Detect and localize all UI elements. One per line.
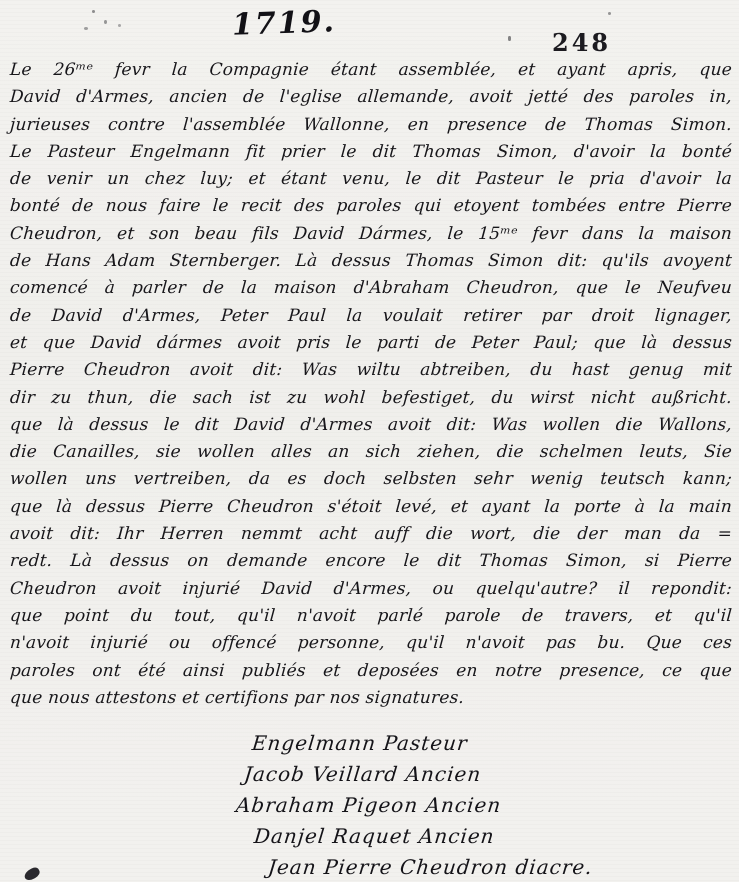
manuscript-line: que là dessus Pierre Cheudron s'étoit le… (9, 494, 733, 521)
manuscript-line: de venir un chez luy; et étant venu, le … (9, 166, 733, 193)
manuscript-line: Pierre Cheudron avoit dit: Was wiltu abt… (9, 357, 733, 384)
manuscript-line: wollen uns vertreiben, da es doch selbst… (9, 466, 733, 493)
manuscript-line: Cheudron avoit injurié David d'Armes, ou… (9, 576, 733, 603)
ink-speck (508, 36, 511, 41)
signature-line-pasteur: Engelmann Pasteur (0, 728, 739, 759)
ink-speck (118, 24, 121, 27)
manuscript-line: redt. Là dessus on demande encore le dit… (9, 548, 733, 575)
year-heading: 1719. (231, 4, 336, 43)
manuscript-line: bonté de nous faire le recit des paroles… (9, 193, 733, 220)
manuscript-line: comencé à parler de la maison d'Abraham … (9, 275, 733, 302)
ink-speck (92, 10, 95, 13)
ink-speck (104, 20, 107, 24)
manuscript-line: Le 26ᵐᵉ fevr la Compagnie étant assemblé… (9, 57, 733, 84)
signature-line-diacre: Jean Pierre Cheudron diacre. (0, 852, 739, 882)
manuscript-line: avoit dit: Ihr Herren nemmt acht auff di… (9, 521, 733, 548)
signature-block: Engelmann Pasteur Jacob Veillard Ancien … (0, 728, 739, 882)
manuscript-line: paroles ont été ainsi publiés et deposée… (9, 658, 733, 685)
manuscript-line: n'avoit injurié ou offencé personne, qu'… (9, 630, 733, 657)
manuscript-line: dir zu thun, die sach ist zu wohl befest… (9, 385, 733, 412)
manuscript-line: de David d'Armes, Peter Paul la voulait … (9, 303, 733, 330)
manuscript-line: et que David dármes avoit pris le parti … (9, 330, 733, 357)
manuscript-line: die Canailles, sie wollen alles an sich … (9, 439, 733, 466)
manuscript-line: David d'Armes, ancien de l'eglise allema… (9, 84, 733, 111)
ink-speck (608, 12, 611, 15)
ink-speck (84, 27, 88, 30)
manuscript-line: de Hans Adam Sternberger. Là dessus Thom… (9, 248, 733, 275)
page-number: 248 (552, 28, 611, 57)
signature-line-ancien-2: Abraham Pigeon Ancien (0, 790, 739, 821)
manuscript-line: jurieuses contre l'assemblée Wallonne, e… (9, 112, 733, 139)
manuscript-line: Cheudron, et son beau fils David Dármes,… (9, 221, 733, 248)
manuscript-scan-page: 1719. 248 Le 26ᵐᵉ fevr la Compagnie étan… (0, 0, 739, 882)
signature-line-ancien-1: Jacob Veillard Ancien (0, 759, 739, 790)
manuscript-line: que là dessus le dit David d'Armes avoit… (9, 412, 733, 439)
manuscript-line: que point du tout, qu'il n'avoit parlé p… (9, 603, 733, 630)
signature-line-ancien-3: Danjel Raquet Ancien (0, 821, 739, 852)
manuscript-line: que nous attestons et certifions par nos… (9, 685, 733, 712)
manuscript-body: Le 26ᵐᵉ fevr la Compagnie étant assemblé… (9, 57, 731, 712)
manuscript-line: Le Pasteur Engelmann fit prier le dit Th… (9, 139, 733, 166)
